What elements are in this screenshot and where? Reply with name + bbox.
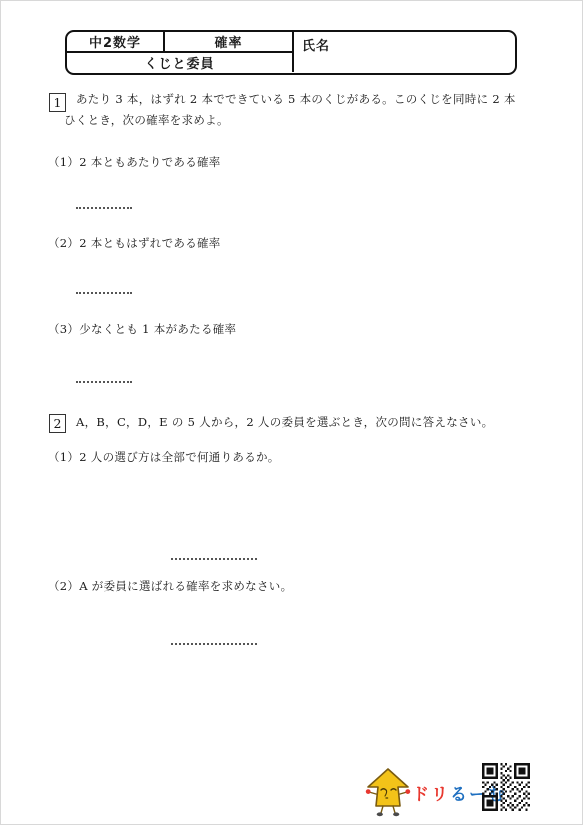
- problem-2-statement: A，B，C，D，E の 5 人から，2 人の委員を選ぶとき，次の問に答えなさい。: [64, 412, 522, 433]
- mascot-icon: [365, 766, 411, 818]
- question-text: 少なくとも 1 本があたる確率: [79, 322, 236, 336]
- worksheet-title-cell: くじと委員: [67, 53, 294, 72]
- question-text: 2 本ともあたりである確率: [79, 155, 220, 169]
- answer-dotted-line-2-2: [171, 643, 257, 645]
- problem-2-question-2: （2）A が委員に選ばれる確率を求めなさい。: [48, 578, 292, 594]
- subject-label: 中2数学: [89, 32, 141, 51]
- logo-text-red: ドリ: [412, 785, 450, 805]
- problem-1-question-1: （1）2 本ともあたりである確率: [48, 154, 221, 170]
- problem-2-question-1: （1）2 人の選び方は全部で何通りあるか。: [48, 449, 280, 465]
- worksheet-page: 中2数学 確率 くじと委員 氏名 1 あたり 3 本，はずれ 2 本でできている…: [0, 0, 583, 825]
- question-label: （2）: [48, 579, 79, 593]
- qr-code-icon: [482, 763, 530, 811]
- topic-cell: 確率: [165, 32, 294, 53]
- question-text: A が委員に選ばれる確率を求めなさい。: [79, 579, 292, 593]
- answer-dotted-line-1-3: [76, 381, 132, 383]
- question-label: （1）: [48, 450, 79, 464]
- question-text: 2 本ともはずれである確率: [79, 236, 220, 250]
- worksheet-title: くじと委員: [144, 53, 214, 72]
- answer-dotted-line-1-1: [76, 207, 132, 209]
- question-label: （3）: [48, 322, 79, 336]
- answer-dotted-line-2-1: [171, 558, 257, 560]
- name-label: 氏名: [302, 35, 330, 54]
- question-label: （2）: [48, 236, 79, 250]
- problem-2-number: 2: [54, 416, 62, 431]
- problem-1-statement: あたり 3 本，はずれ 2 本でできている 5 本のくじがある。このくじを同時に…: [64, 89, 522, 131]
- header-table: 中2数学 確率 くじと委員 氏名: [65, 30, 517, 75]
- problem-1-number: 1: [54, 95, 62, 110]
- question-text: 2 人の選び方は全部で何通りあるか。: [79, 450, 279, 464]
- problem-1-question-2: （2）2 本ともはずれである確率: [48, 235, 221, 251]
- problem-1-question-3: （3）少なくとも 1 本があたる確率: [48, 321, 236, 337]
- question-label: （1）: [48, 155, 79, 169]
- answer-dotted-line-1-2: [76, 292, 132, 294]
- name-field: 氏名: [294, 32, 514, 72]
- topic-label: 確率: [214, 32, 242, 51]
- subject-cell: 中2数学: [67, 32, 165, 53]
